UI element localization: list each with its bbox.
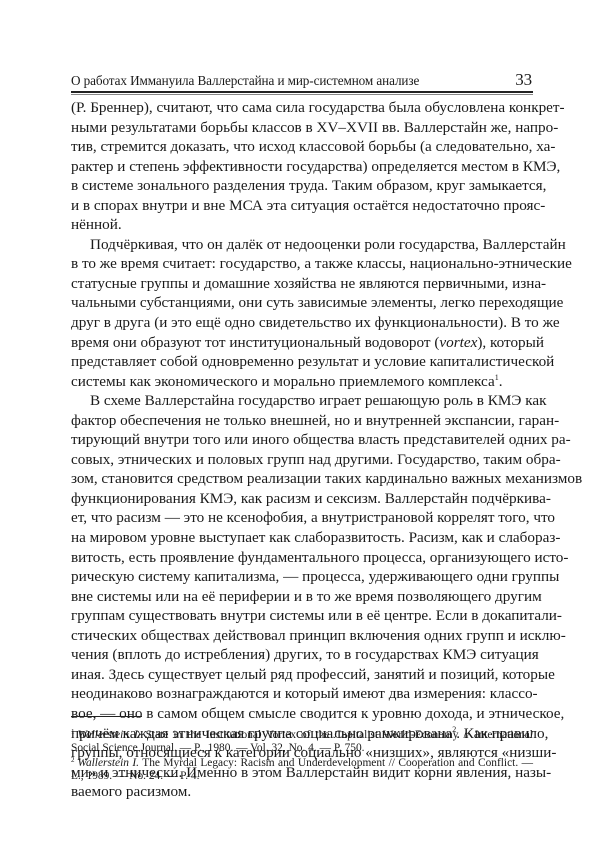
- footnote-author: Wallerstein I.: [78, 757, 140, 769]
- body-text: (Р. Бреннер), считают, что сама сила гос…: [71, 98, 533, 802]
- text-line: чальными субстанциями, они суть зависимы…: [71, 293, 533, 313]
- footnote-text: State in the Institutional Vortex of the…: [146, 729, 533, 741]
- italic-term: vortex: [439, 334, 477, 351]
- text-line: представляет собой одновременно результа…: [71, 352, 533, 372]
- running-head-title: О работах Иммануила Валлерстайна и мир-с…: [71, 73, 419, 89]
- text-line: друг в друга (и это ещё одно свидетельст…: [71, 313, 533, 333]
- text-line: тирующий внутри того или иного общества …: [71, 430, 533, 450]
- footnote-line: 2Wallerstein I. The Myrdal Legacy: Racis…: [71, 754, 533, 770]
- text-line: стических обществах действовал принцип в…: [71, 626, 533, 646]
- text-line: чения (вплоть до истребления) других, то…: [71, 645, 533, 665]
- text-line: вне системы или на её периферии и в то ж…: [71, 587, 533, 607]
- running-head: О работах Иммануила Валлерстайна и мир-с…: [71, 70, 533, 92]
- text-line: в то же время считает: государство, а та…: [71, 254, 533, 274]
- text-line: витость, есть проявление фундаментальног…: [71, 548, 533, 568]
- text-line: неодинаково вознаграждаются и который им…: [71, 684, 533, 704]
- text-line: совых, этнических и половых групп над др…: [71, 450, 533, 470]
- header-rule-thin: [71, 94, 533, 95]
- footnote-number: 2: [71, 756, 75, 764]
- text-line: рактер и степень эффективности государст…: [71, 157, 533, 177]
- footnotes: 1Wallerstein I. State in the Institution…: [71, 726, 533, 782]
- text-line: вое, — оно в самом общем смысле сводится…: [71, 704, 533, 724]
- text-line: время они образуют тот институциональный…: [71, 333, 533, 353]
- footnote-rule: [71, 716, 142, 717]
- text-line: (Р. Бреннер), считают, что сама сила гос…: [71, 98, 533, 118]
- text-line: фактор обеспечения не только внешней, но…: [71, 411, 533, 431]
- text-line: функционирования КМЭ, как расизм и секси…: [71, 489, 533, 509]
- text-line: статусные группы и домашние хозяйства не…: [71, 274, 533, 294]
- footnote-2: 2Wallerstein I. The Myrdal Legacy: Racis…: [71, 754, 533, 782]
- text-line: ет, что расизм — это не ксенофобия, а вн…: [71, 508, 533, 528]
- text-line: группам существовать внутри системы или …: [71, 606, 533, 626]
- header-rule: [71, 91, 533, 93]
- text-line: в системе зонального разделения труда. Т…: [71, 176, 533, 196]
- text-line: на мировом уровне выступает как слабораз…: [71, 528, 533, 548]
- text-line: ваемого расизмом.: [71, 782, 533, 802]
- text-line: зом, становится средством реализации так…: [71, 469, 533, 489]
- text-line: иная. Здесь существует целый ряд професс…: [71, 665, 533, 685]
- footnote-ref-1[interactable]: 1: [495, 373, 499, 382]
- text-line: Подчёркивая, что он далёк от недооценки …: [71, 235, 533, 255]
- footnote-line: 1Wallerstein I. State in the Institution…: [71, 726, 533, 742]
- text-line: тив, стремится доказать, что исход класс…: [71, 137, 533, 157]
- footnote-1: 1Wallerstein I. State in the Institution…: [71, 726, 533, 754]
- text-line: рическую систему капитализма, — процесса…: [71, 567, 533, 587]
- footnote-line: L., 1989. — No. 24. — P. 4.: [71, 770, 533, 783]
- page-number: 33: [515, 70, 532, 90]
- text-line: системы как экономического и морально пр…: [71, 372, 533, 392]
- footnote-text: The Myrdal Legacy: Racism and Underdevel…: [142, 757, 533, 769]
- paragraph-1: (Р. Бреннер), считают, что сама сила гос…: [71, 98, 533, 235]
- footnote-line: Social Science Journal. — P., 1980. — Vo…: [71, 742, 533, 755]
- text-line: ными результатами борьбы классов в XV–XV…: [71, 118, 533, 138]
- footnote-author: Wallerstein I.: [78, 729, 141, 741]
- footnote-number: 1: [71, 728, 75, 736]
- text-line: В схеме Валлерстайна государство играет …: [71, 391, 533, 411]
- text-line-content: системы как экономического и морально пр…: [71, 373, 495, 390]
- paragraph-2: Подчёркивая, что он далёк от недооценки …: [71, 235, 533, 391]
- text-line: и в спорах внутри и вне МСА эта ситуация…: [71, 196, 533, 216]
- text-line: нённой.: [71, 215, 533, 235]
